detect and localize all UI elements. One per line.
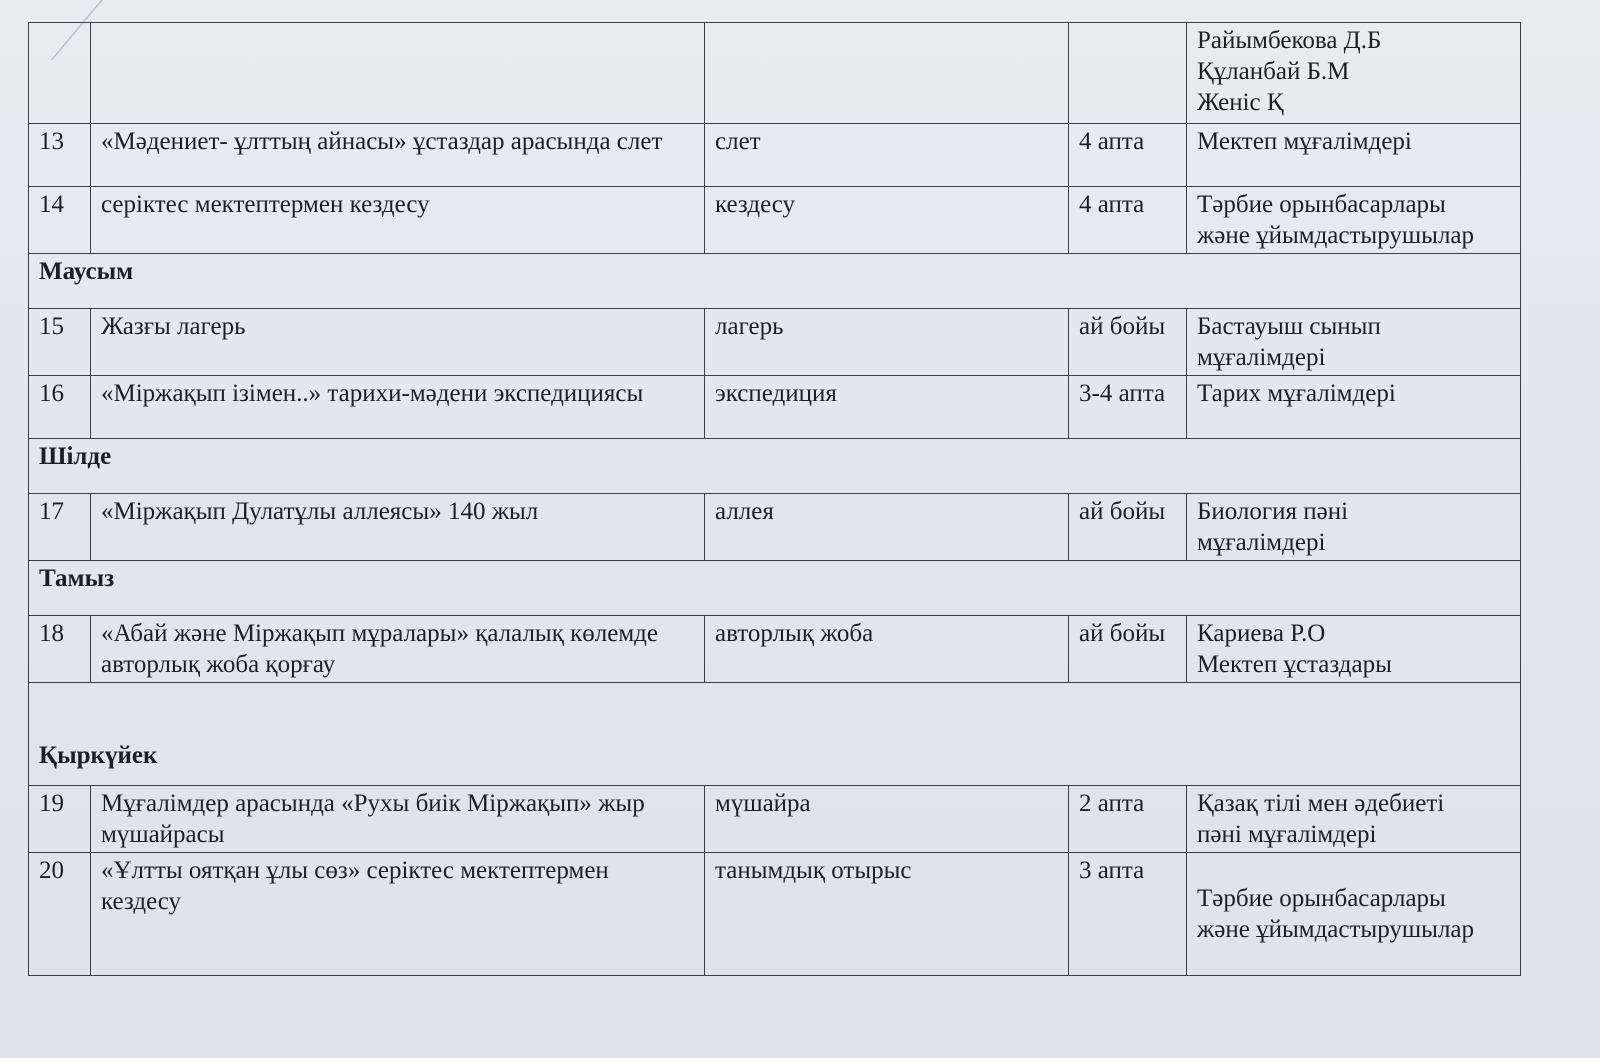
cell-time: ай бойы xyxy=(1069,494,1187,561)
cell-time: 2 апта xyxy=(1069,786,1187,853)
table-row: 14 серіктес мектептермен кездесу кездесу… xyxy=(29,187,1521,254)
cell-number: 16 xyxy=(29,376,91,439)
month-header-row: Қыркүйек xyxy=(29,683,1521,786)
cell-responsible: Мектеп мұғалімдері xyxy=(1187,124,1521,187)
cell-form: лагерь xyxy=(705,309,1069,376)
cell-event: «Міржақып Дулатұлы аллеясы» 140 жыл xyxy=(91,494,705,561)
table-row: 20 «Ұлтты оятқан ұлы сөз» серіктес мекте… xyxy=(29,853,1521,976)
cell-number: 14 xyxy=(29,187,91,254)
cell-number: 15 xyxy=(29,309,91,376)
cell-event: «Міржақып ізімен..» тарихи-мәдени экспед… xyxy=(91,376,705,439)
month-heading-september: Қыркүйек xyxy=(29,683,1521,786)
cell-form: мүшайра xyxy=(705,786,1069,853)
responsible-line: Бастауыш сынып xyxy=(1197,311,1510,342)
table-row: 16 «Міржақып ізімен..» тарихи-мәдени экс… xyxy=(29,376,1521,439)
cell-form xyxy=(705,23,1069,124)
cell-responsible: Тәрбие орынбасарлары және ұйымдастырушыл… xyxy=(1187,853,1521,976)
responsible-line: мұғалімдері xyxy=(1197,527,1510,558)
cell-event: Жазғы лагерь xyxy=(91,309,705,376)
cell-number: 20 xyxy=(29,853,91,976)
responsible-person: Райымбекова Д.Б xyxy=(1197,25,1510,56)
month-header-row: Шілде xyxy=(29,439,1521,494)
responsible-line: мұғалімдері xyxy=(1197,342,1510,373)
table-row: 15 Жазғы лагерь лагерь ай бойы Бастауыш … xyxy=(29,309,1521,376)
responsible-person: Женіс Қ xyxy=(1197,87,1510,118)
cell-number: 17 xyxy=(29,494,91,561)
cell-time: ай бойы xyxy=(1069,616,1187,683)
cell-number: 19 xyxy=(29,786,91,853)
cell-form: танымдық отырыс xyxy=(705,853,1069,976)
table-row: 18 «Абай және Міржақып мұралары» қалалық… xyxy=(29,616,1521,683)
cell-event: «Абай және Міржақып мұралары» қалалық кө… xyxy=(91,616,705,683)
cell-form: авторлық жоба xyxy=(705,616,1069,683)
cell-form: кездесу xyxy=(705,187,1069,254)
responsible-line: Тарих мұғалімдері xyxy=(1197,378,1510,409)
table-row-continued: Райымбекова Д.Б Құланбай Б.М Женіс Қ xyxy=(29,23,1521,124)
responsible-line: Мектеп мұғалімдері xyxy=(1197,126,1510,157)
cell-responsible: Тарих мұғалімдері xyxy=(1187,376,1521,439)
document-page: Райымбекова Д.Б Құланбай Б.М Женіс Қ 13 … xyxy=(28,22,1520,976)
month-header-row: Тамыз xyxy=(29,561,1521,616)
cell-time: 3-4 апта xyxy=(1069,376,1187,439)
responsible-line: Кариева Р.О xyxy=(1197,618,1510,649)
month-header-row: Маусым xyxy=(29,254,1521,309)
responsible-line: Мектеп ұстаздары xyxy=(1197,649,1510,680)
cell-event: «Ұлтты оятқан ұлы сөз» серіктес мектепте… xyxy=(91,853,705,976)
cell-event: серіктес мектептермен кездесу xyxy=(91,187,705,254)
cell-number: 13 xyxy=(29,124,91,187)
responsible-line: пәні мұғалімдері xyxy=(1197,819,1510,850)
table-row: 17 «Міржақып Дулатұлы аллеясы» 140 жыл а… xyxy=(29,494,1521,561)
cell-event xyxy=(91,23,705,124)
cell-responsible: Кариева Р.О Мектеп ұстаздары xyxy=(1187,616,1521,683)
responsible-line: және ұйымдастырушылар xyxy=(1197,914,1510,945)
cell-event: «Мәдениет- ұлттың айнасы» ұстаздар арасы… xyxy=(91,124,705,187)
cell-time: ай бойы xyxy=(1069,309,1187,376)
cell-time: 4 апта xyxy=(1069,124,1187,187)
table-row: 13 «Мәдениет- ұлттың айнасы» ұстаздар ар… xyxy=(29,124,1521,187)
responsible-line: Тәрбие орынбасарлары xyxy=(1197,855,1510,914)
event-plan-table: Райымбекова Д.Б Құланбай Б.М Женіс Қ 13 … xyxy=(28,22,1521,976)
cell-responsible: Бастауыш сынып мұғалімдері xyxy=(1187,309,1521,376)
cell-form: аллея xyxy=(705,494,1069,561)
cell-responsible: Райымбекова Д.Б Құланбай Б.М Женіс Қ xyxy=(1187,23,1521,124)
cell-event: Мұғалімдер арасында «Рухы биік Міржақып»… xyxy=(91,786,705,853)
responsible-line: және ұйымдастырушылар xyxy=(1197,220,1510,251)
month-heading-june: Маусым xyxy=(29,254,1521,309)
responsible-line: Биология пәні xyxy=(1197,496,1510,527)
cell-responsible: Биология пәні мұғалімдері xyxy=(1187,494,1521,561)
month-heading-august: Тамыз xyxy=(29,561,1521,616)
cell-time xyxy=(1069,23,1187,124)
table-row: 19 Мұғалімдер арасында «Рухы биік Міржақ… xyxy=(29,786,1521,853)
responsible-line: Қазақ тілі мен әдебиеті xyxy=(1197,788,1510,819)
responsible-line: Тәрбие орынбасарлары xyxy=(1197,189,1510,220)
cell-responsible: Қазақ тілі мен әдебиеті пәні мұғалімдері xyxy=(1187,786,1521,853)
cell-responsible: Тәрбие орынбасарлары және ұйымдастырушыл… xyxy=(1187,187,1521,254)
cell-number: 18 xyxy=(29,616,91,683)
cell-time: 3 апта xyxy=(1069,853,1187,976)
cell-time: 4 апта xyxy=(1069,187,1187,254)
cell-form: экспедиция xyxy=(705,376,1069,439)
cell-number xyxy=(29,23,91,124)
responsible-person: Құланбай Б.М xyxy=(1197,56,1510,87)
month-heading-july: Шілде xyxy=(29,439,1521,494)
cell-form: слет xyxy=(705,124,1069,187)
